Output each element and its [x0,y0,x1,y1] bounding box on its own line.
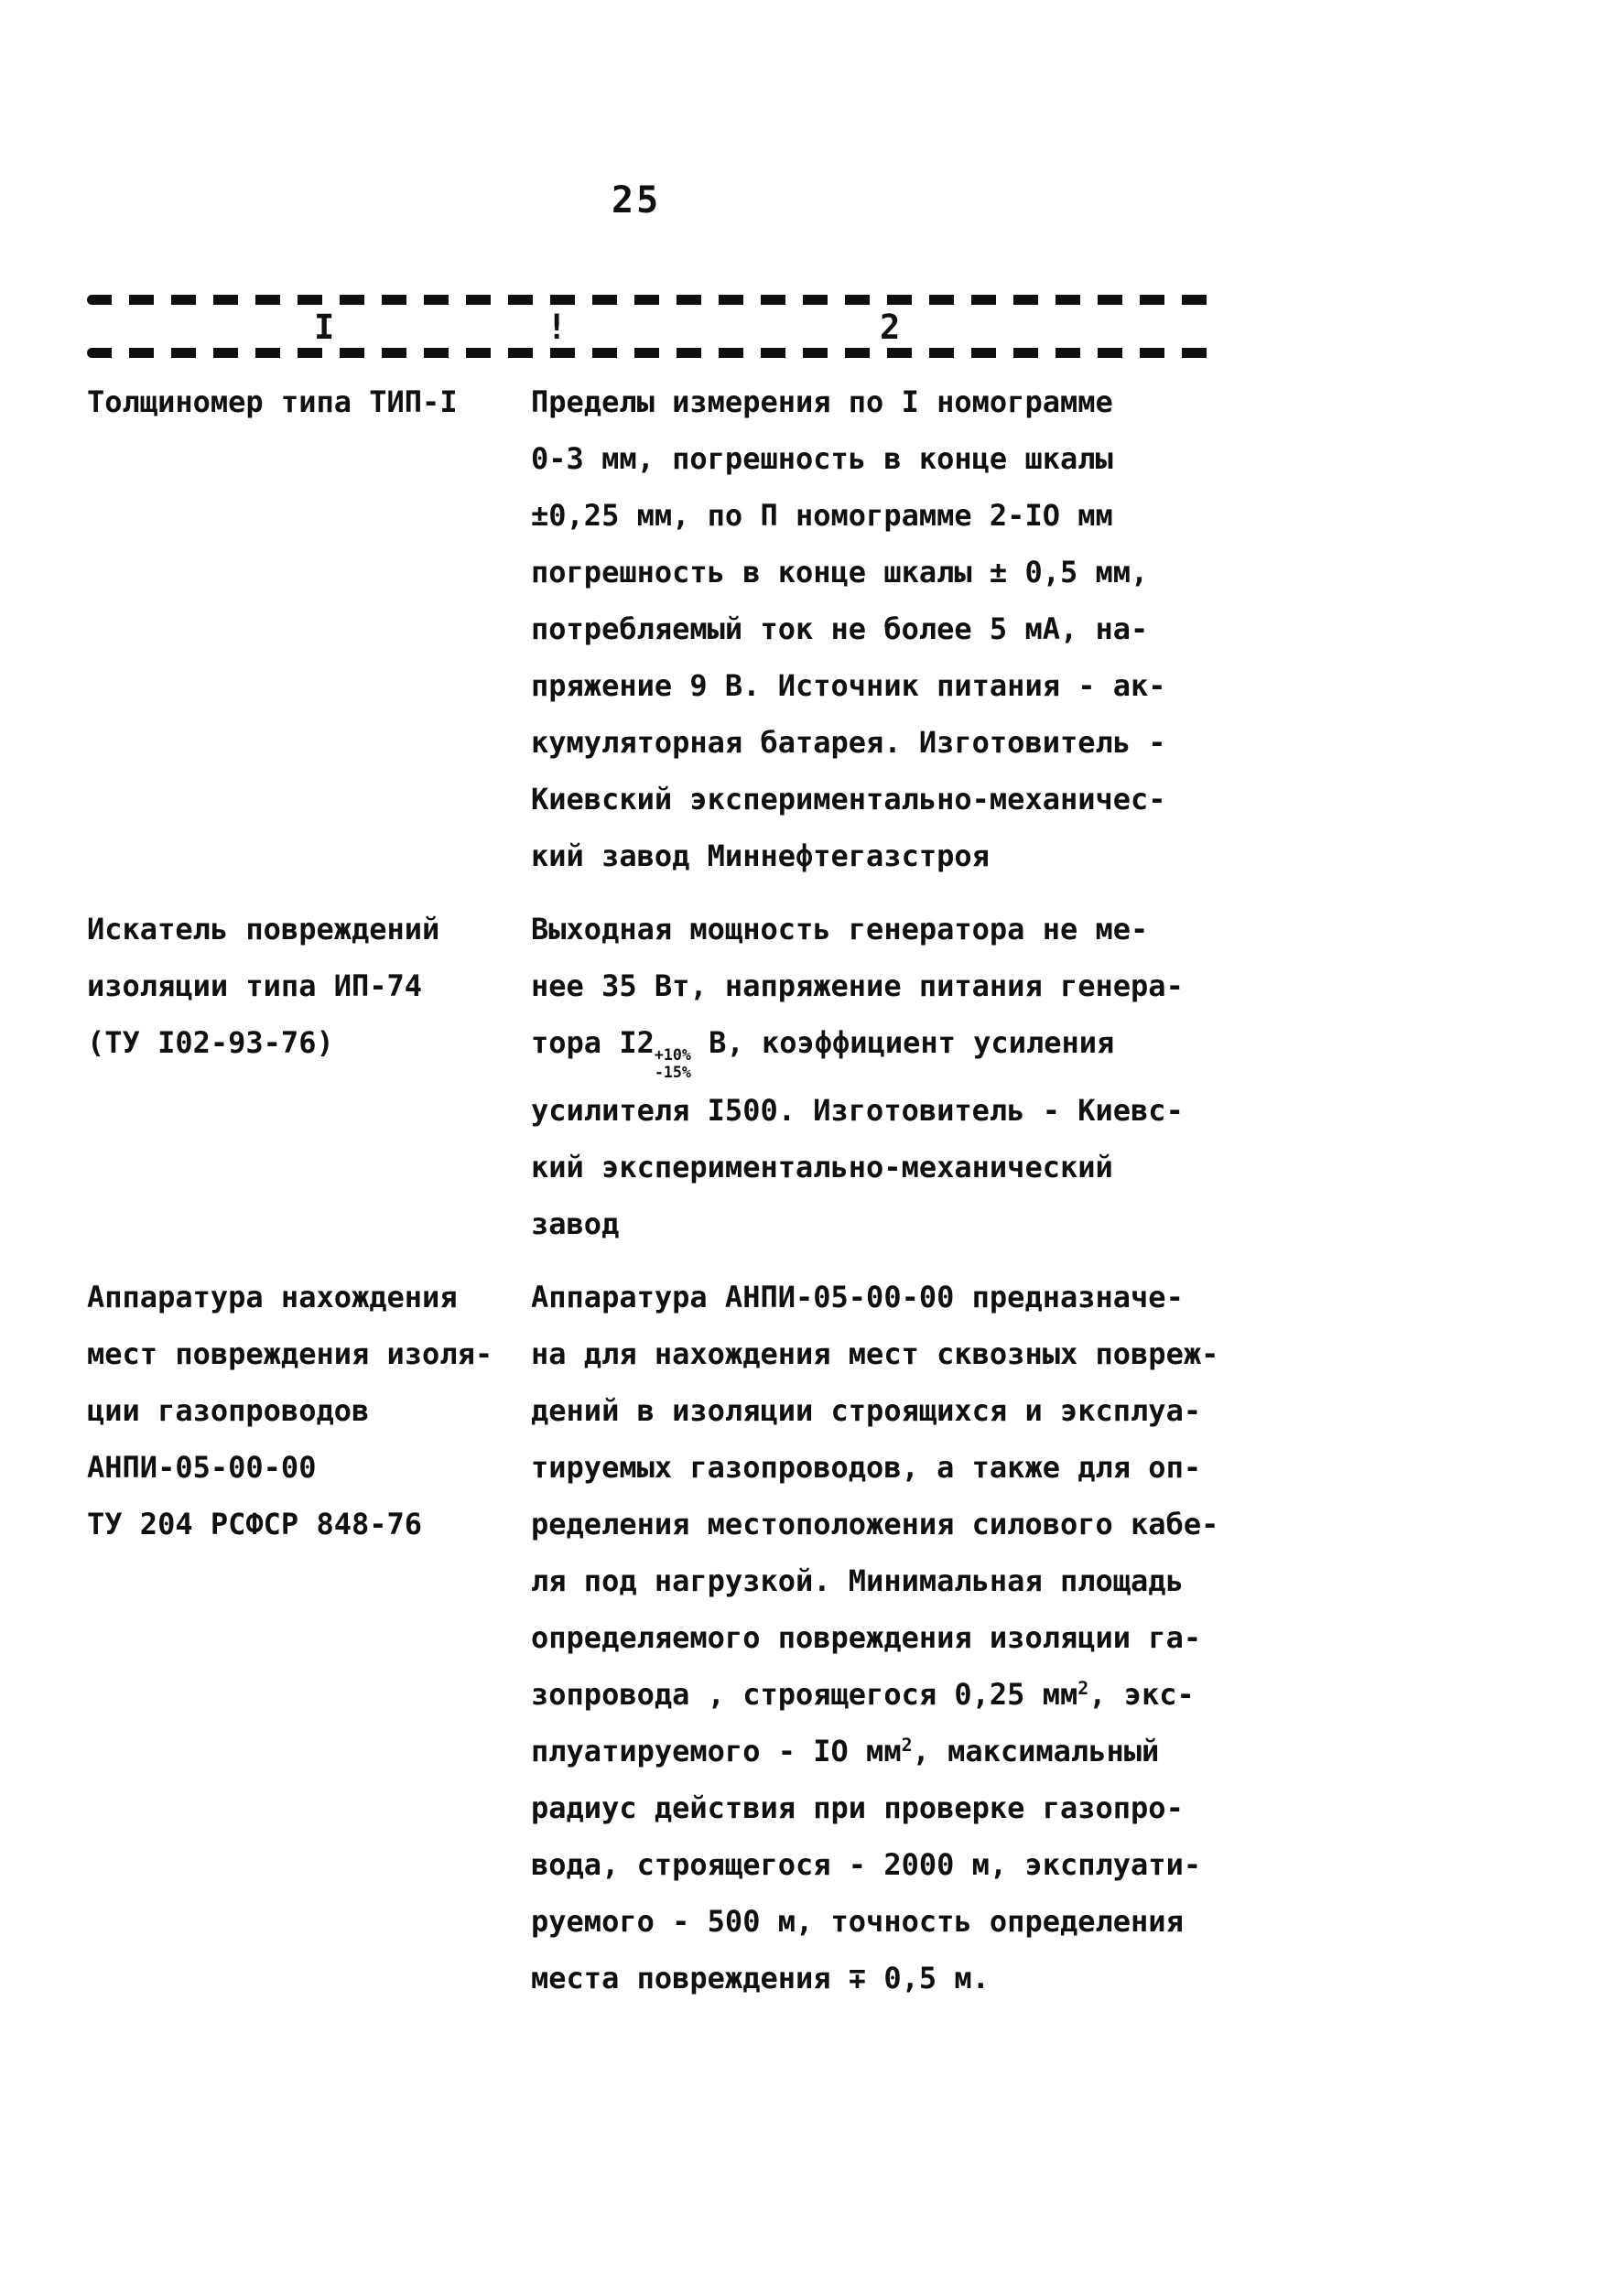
equipment-name-cell: Толщиномер типа ТИП-I [87,373,517,884]
text-line: места повреждения ∓ 0,5 м. [531,1950,1229,2006]
equipment-table: Толщиномер типа ТИП-IПределы измерения п… [87,373,1231,2023]
table-header-rule-top [87,295,1220,305]
superscript: 2 [1077,1678,1088,1699]
table-row: Толщиномер типа ТИП-IПределы измерения п… [87,373,1231,884]
equipment-specs-cell: Выходная мощность генератора не ме-нее 3… [531,901,1229,1252]
equipment-specs-cell: Аппаратура АНПИ-05-00-00 предназначе-на … [531,1269,1229,2006]
text-line: ции газопроводов [87,1382,517,1439]
text-line: кий завод Миннефтегазстроя [531,827,1229,884]
text-line: вода, строящегося - 2000 м, эксплуати- [531,1836,1229,1893]
text-line: Выходная мощность генератора не ме- [531,901,1229,957]
text-line: руемого - 500 м, точность определения [531,1893,1229,1950]
text-line: кумуляторная батарея. Изготовитель - [531,714,1229,771]
text-line: тора I2+10%-15% В, коэффициент усиления [531,1014,1229,1082]
text-line: зопровода , строящегося 0,25 мм2, экс- [531,1666,1229,1723]
text-line: Киевский экспериментально-механичес- [531,771,1229,827]
table-header: I ! 2 [87,295,1220,361]
text-line: ля под нагрузкой. Минимальная площадь [531,1552,1229,1609]
text-line: изоляции типа ИП-74 [87,957,517,1014]
text-line: дений в изоляции строящихся и эксплуа- [531,1382,1229,1439]
text-line: ределения местоположения силового кабе- [531,1496,1229,1552]
text-line: Толщиномер типа ТИП-I [87,373,517,430]
text-line: ТУ 204 РСФСР 848-76 [87,1496,517,1552]
column-1-header: I [314,304,334,351]
text-line: тируемых газопроводов, а также для оп- [531,1439,1229,1496]
text-line: усилителя I500. Изготовитель - Киевс- [531,1082,1229,1139]
text-line: определяемого повреждения изоляции га- [531,1609,1229,1666]
equipment-name-cell: Аппаратура нахождениямест повреждения из… [87,1269,517,2006]
column-separator-mark: ! [547,304,567,351]
text-line: Пределы измерения по I номограмме [531,373,1229,430]
text-line: радиус действия при проверке газопро- [531,1779,1229,1836]
text-line: (ТУ I02-93-76) [87,1014,517,1071]
text-line: завод [531,1195,1229,1252]
table-row: Аппаратура нахождениямест повреждения из… [87,1269,1231,2006]
table-header-rule-bottom [87,348,1220,358]
text-line: нее 35 Вт, напряжение питания генера- [531,957,1229,1014]
tolerance-stack: +10%-15% [655,1047,691,1081]
column-2-header: 2 [880,304,900,351]
text-line: плуатируемого - IO мм2, максимальный [531,1723,1229,1779]
text-line: пряжение 9 В. Источник питания - ак- [531,657,1229,714]
superscript: 2 [902,1735,913,1756]
table-row: Искатель поврежденийизоляции типа ИП-74(… [87,901,1231,1252]
text-line: АНПИ-05-00-00 [87,1439,517,1496]
document-page: 25 I ! 2 Толщиномер типа ТИП-IПределы из… [0,0,1624,2271]
text-line: Аппаратура нахождения [87,1269,517,1325]
text-line: мест повреждения изоля- [87,1325,517,1382]
text-line: 0-3 мм, погрешность в конце шкалы [531,430,1229,487]
text-line: ±0,25 мм, по П номограмме 2-IO мм [531,487,1229,544]
text-line: на для нахождения мест сквозных повреж- [531,1325,1229,1382]
page-number: 25 [612,179,661,222]
text-line: потребляемый ток не более 5 мА, на- [531,600,1229,657]
text-line: погрешность в конце шкалы ± 0,5 мм, [531,544,1229,600]
equipment-specs-cell: Пределы измерения по I номограмме0-3 мм,… [531,373,1229,884]
text-line: Искатель повреждений [87,901,517,957]
equipment-name-cell: Искатель поврежденийизоляции типа ИП-74(… [87,901,517,1252]
text-line: кий экспериментально-механический [531,1139,1229,1195]
text-line: Аппаратура АНПИ-05-00-00 предназначе- [531,1269,1229,1325]
